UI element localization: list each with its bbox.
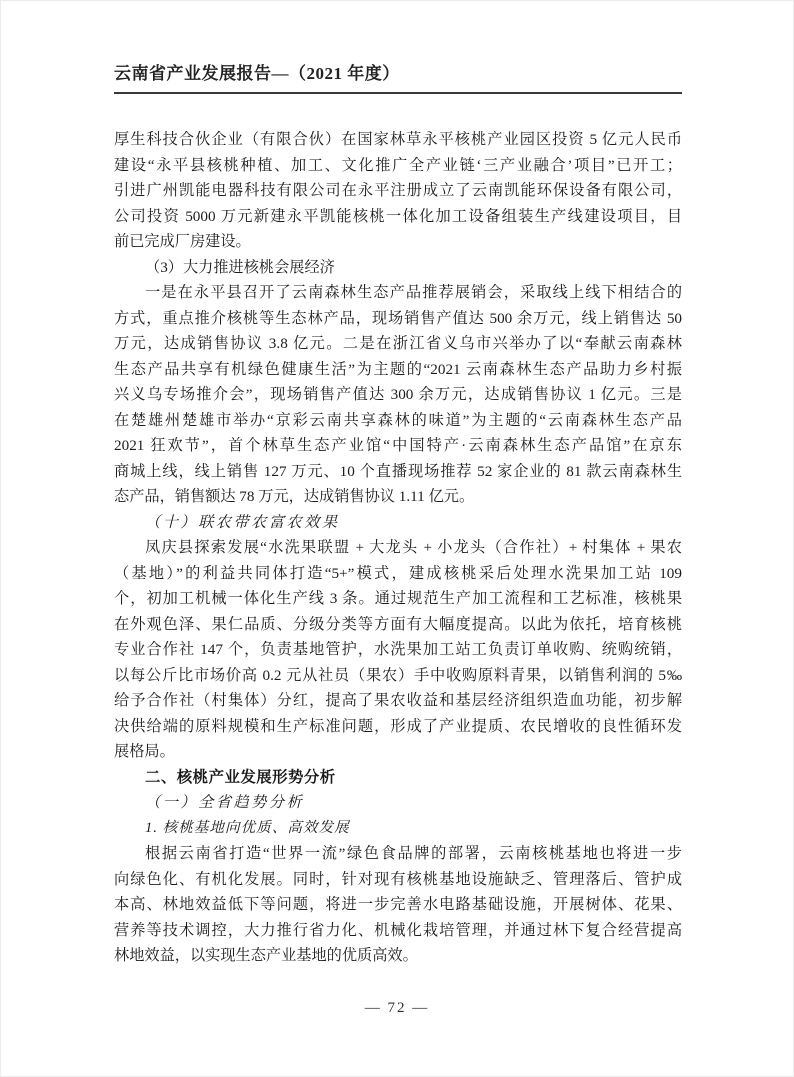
paragraph-line: 方式，重点推介核桃等生态林产品，现场销售产值达 500 余万元，线上销售达 50 [114, 306, 682, 332]
document-footer: — 72 — [1, 1000, 793, 1017]
document-body: 厚生科技合伙企业（有限合伙）在国家林草永平核桃产业园区投资 5 亿元人民币建设“… [114, 127, 682, 969]
paragraph-line: 厚生科技合伙企业（有限合伙）在国家林草永平核桃产业园区投资 5 亿元人民币 [114, 127, 682, 153]
paragraph-line: 专业合作社 147 个，负责基地管护，水洗果加工站工负责订单收购、统购统销， [114, 637, 682, 663]
paragraph-line: 兴义乌专场推介会”，现场销售产值达 300 余万元，达成销售协议 1 亿元。三是 [114, 382, 682, 408]
chapter-heading-2-walnut-industry-trend-analysis: 二、核桃产业发展形势分析 [114, 765, 682, 791]
paragraph-line: 态产品，销售额达 78 万元，达成销售协议 1.11 亿元。 [114, 484, 682, 510]
paragraph-line: 凤庆县探索发展“水洗果联盟 + 大龙头 + 小龙头（合作社）+ 村集体 + 果农 [114, 535, 682, 561]
paragraph-line: 引进广州凯能电器科技有限公司在永平注册成立了云南凯能环保设备有限公司， [114, 178, 682, 204]
paragraph-line: 以每公斤比市场价高 0.2 元从社员（果农）手中收购原料青果，以销售利润的 5‰ [114, 663, 682, 689]
sub-heading-1-walnut-base-quality-efficiency: 1. 核桃基地向优质、高效发展 [114, 816, 682, 842]
paragraph-line: 给予合作社（村集体）分红，提高了果农收益和基层经济组织造血功能，初步解 [114, 688, 682, 714]
paragraph-line: 决供给端的原料规模和生产标准问题，形成了产业提质、农民增收的良性循环发 [114, 714, 682, 740]
paragraph-line: （基地）”的利益共同体打造“5+”模式，建成核桃采后处理水洗果加工站 109 [114, 561, 682, 587]
footer-page-number: — 72 — [365, 1000, 430, 1016]
paragraph-line: 营养等技术调控，大力推行省力化、机械化栽培管理，并通过林下复合经营提高 [114, 918, 682, 944]
paragraph-line: 商城上线，线上销售 127 万元、10 个直播现场推荐 52 家企业的 81 款… [114, 459, 682, 485]
page: 云南省产业发展报告—（2021 年度） 厚生科技合伙企业（有限合伙）在国家林草永… [0, 0, 794, 1077]
section-heading-1-province-trend-analysis: （一）全省趋势分析 [114, 790, 682, 816]
paragraph-line: 前已完成厂房建设。 [114, 229, 682, 255]
paragraph-line: 根据云南省打造“世界一流”绿色食品牌的部署，云南核桃基地也将进一步 [114, 841, 682, 867]
document-header: 云南省产业发展报告—（2021 年度） [114, 61, 682, 94]
paragraph-line: 在楚雄州楚雄市举办“京彩云南共享森林的味道”为主题的“云南森林生态产品 [114, 408, 682, 434]
section-heading-10-farmer-benefit: （十）联农带农富农效果 [114, 510, 682, 536]
paragraph-line: 在外观色泽、果仁品质、分级分类等方面有大幅度提高。以此为依托，培育核桃 [114, 612, 682, 638]
paragraph-line: 建设“永平县核桃种植、加工、文化推广全产业链‘三产业融合’项目”已开工； [114, 153, 682, 179]
paragraph-line: 林地效益，以实现生态产业基地的优质高效。 [114, 943, 682, 969]
paragraph-line: 万元，达成销售协议 3.8 亿元。二是在浙江省义乌市兴举办了以“奉献云南森林 [114, 331, 682, 357]
paragraph-line: 公司投资 5000 万元新建永平凯能核桃一体化加工设备组装生产线建设项目，目 [114, 204, 682, 230]
paragraph-line: 生态产品共享有机绿色健康生活”为主题的“2021 云南森林生态产品助力乡村振 [114, 357, 682, 383]
paragraph-line: 2021 狂欢节”，首个林草生态产业馆“中国特产·云南森林生态产品馆”在京东 [114, 433, 682, 459]
paragraph-line: 向绿色化、有机化发展。同时，针对现有核桃基地设施缺乏、管理落后、管护成 [114, 867, 682, 893]
section-heading-3-walnut-expo-economy: （3）大力推进核桃会展经济 [114, 255, 682, 281]
paragraph-line: 一是在永平县召开了云南森林生态产品推荐展销会，采取线上线下相结合的 [114, 280, 682, 306]
paragraph-line: 本高、林地效益低下等问题，将进一步完善水电路基础设施，开展树体、花果、 [114, 892, 682, 918]
paragraph-line: 展格局。 [114, 739, 682, 765]
paragraph-line: 个，初加工机械一体化生产线 3 条。通过规范生产加工流程和工艺标准，核桃果 [114, 586, 682, 612]
header-title: 云南省产业发展报告—（2021 年度） [114, 61, 682, 87]
